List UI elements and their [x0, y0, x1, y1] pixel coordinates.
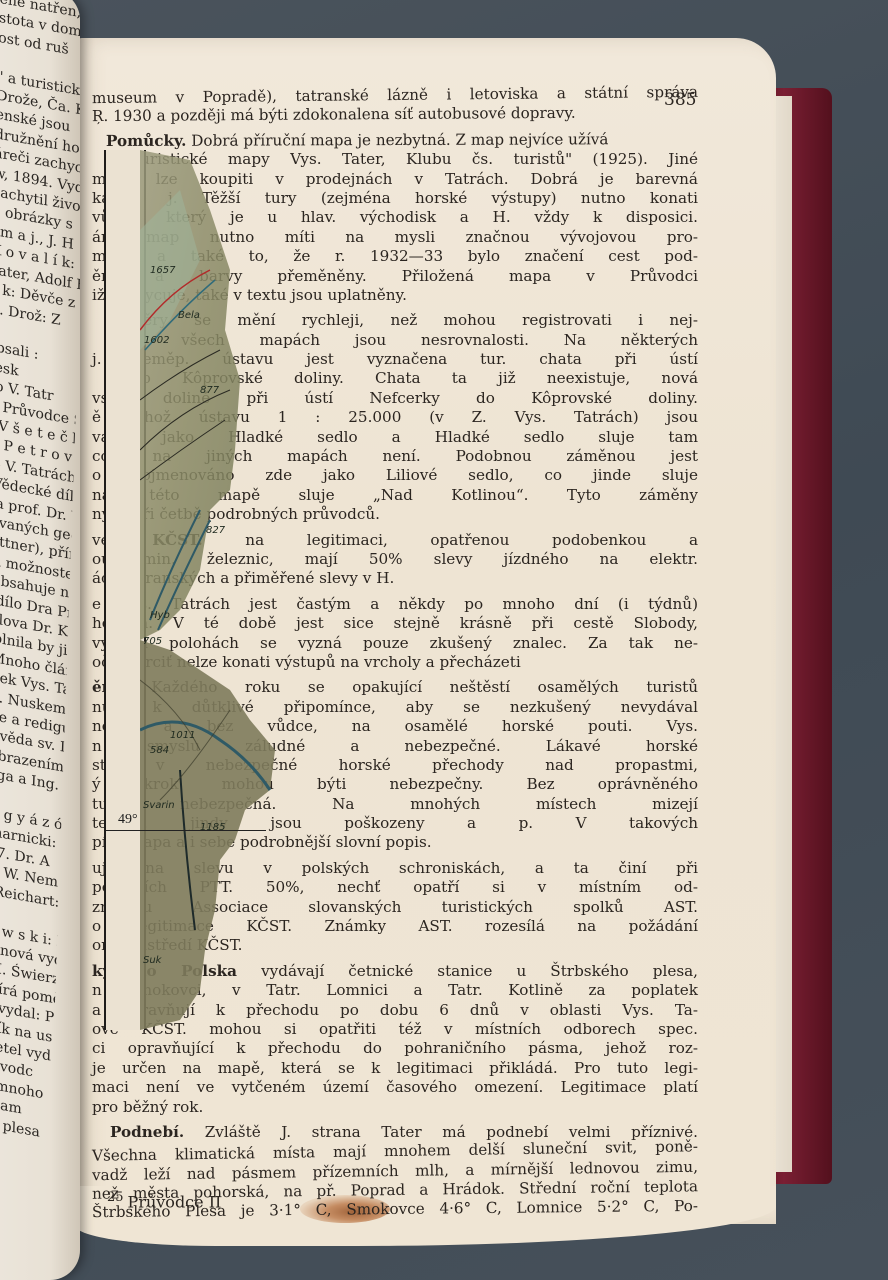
map-fragment	[140, 150, 280, 1030]
text-line: Ŗ. 1930 a později má býti zdokonalena sí…	[92, 103, 698, 127]
left-page-text: ené natřen,stota v domost od ruš " a tur…	[0, 0, 80, 1144]
page-number: 385	[664, 90, 696, 110]
map-label: 1011	[170, 730, 195, 741]
map-label: 827	[206, 525, 225, 536]
map-label: Hyb	[150, 610, 170, 621]
map-parallel-line	[106, 830, 266, 831]
map-label: 1657	[150, 265, 175, 276]
text-line: je určen na mapě, která se k legitimaci …	[92, 1059, 698, 1078]
left-page: ené natřen,stota v domost od ruš " a tur…	[0, 0, 80, 1280]
map-label: Svarin	[143, 800, 175, 811]
text-line: Pomůcky. Dobrá příruční mapa je nezbytná…	[92, 130, 698, 152]
text-line: maci není ve vytčeném území časového ome…	[92, 1078, 698, 1097]
map-parallel-label: 49°	[118, 812, 138, 828]
map-label: 1185	[200, 822, 225, 833]
map-label: 705	[143, 636, 162, 647]
map-label: Bela	[178, 310, 200, 321]
text-line: pro běžný rok.	[92, 1098, 698, 1117]
footer-title: Průvodce II	[128, 1192, 222, 1211]
text-line: ci opravňující k přechodu do pohraničníh…	[92, 1039, 698, 1058]
map-label: Suk	[143, 955, 161, 966]
map-label: 877	[200, 385, 219, 396]
footer-signature: 25	[107, 1190, 124, 1205]
page-footer: 25Průvodce II	[107, 1190, 221, 1211]
map-label: 584	[150, 745, 169, 756]
map-label: 1602	[144, 335, 169, 346]
